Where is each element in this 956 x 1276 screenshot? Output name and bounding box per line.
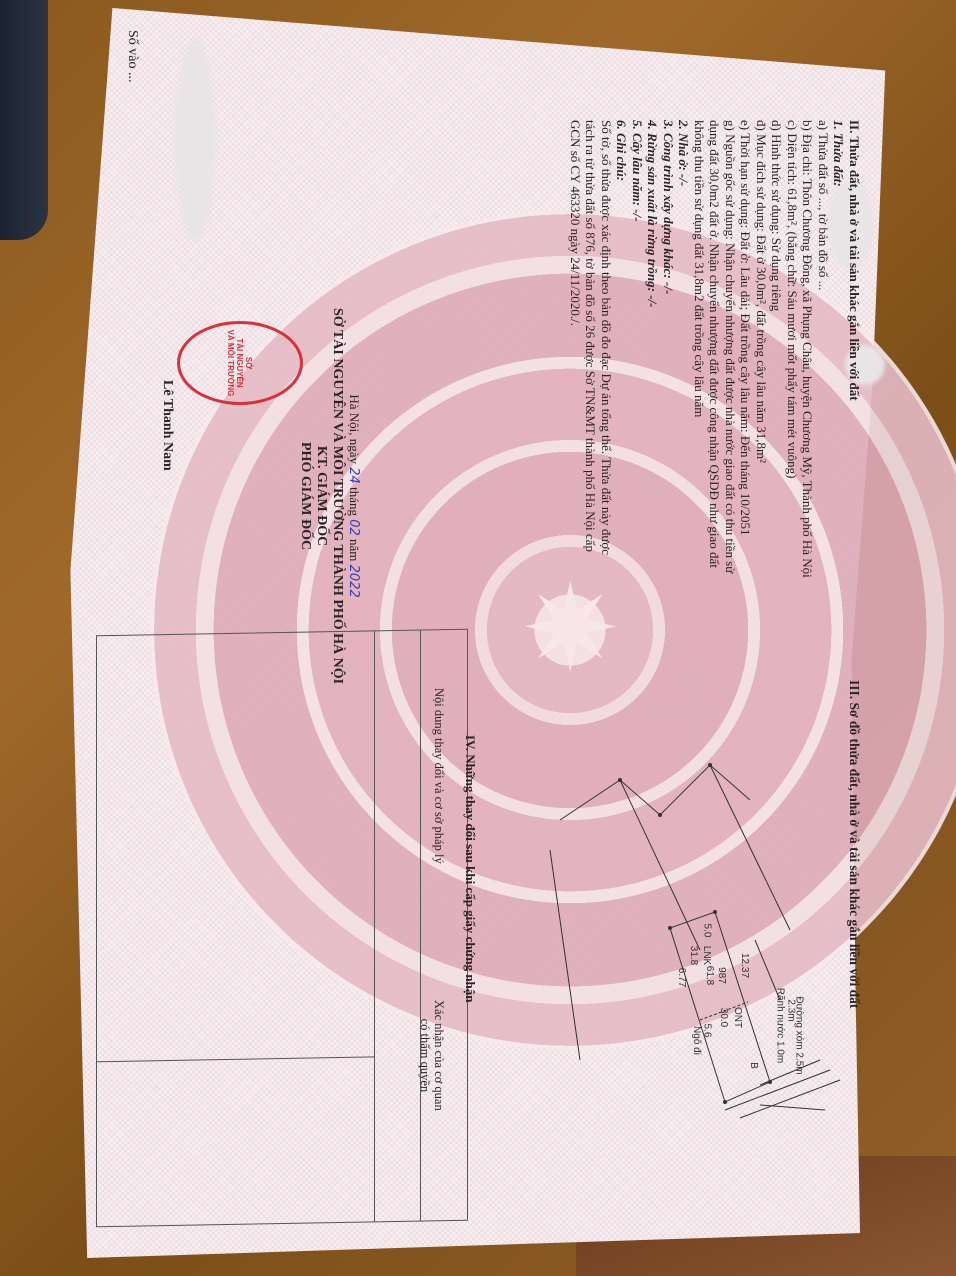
handwritten-month: 02 (346, 519, 361, 536)
parcel-address: b) Địa chỉ: Thôn Chương Đồng, xã Phụng C… (800, 120, 816, 578)
other-construction-item: 3. Công trình xây dựng khác: -/- (661, 120, 677, 578)
handwritten-day: 24 (346, 467, 361, 484)
road-width-label: 2.3m (786, 999, 797, 1021)
section-2-heading: II. Thửa đất, nhà ở và tài sản khác gắn … (847, 120, 863, 578)
parcel-area-label: 61.8 (704, 966, 715, 985)
changes-column-header: Nội dung thay đổi và cơ sở pháp lý (431, 688, 446, 864)
parcel-subheading: 1. Thửa đất: (831, 120, 847, 578)
usage-purpose: đ) Mục đích sử dụng: Đất ở 30,0m², đất t… (754, 120, 770, 578)
official-red-stamp-icon: SỞ TÀI NGUYÊN VÀ MÔI TRƯỜNG (177, 321, 303, 405)
place-date: Hà Nội, ngày 24 tháng 02 năm 2022 (345, 308, 362, 684)
parcel-area: c) Diện tích: 61,8m², (bằng chữ: Sáu mươ… (785, 120, 801, 578)
signature-block: Hà Nội, ngày 24 tháng 02 năm 2022 SỞ TÀI… (297, 308, 362, 684)
note-line-2: tách ra từ thửa đất số 876, tờ bản đồ số… (583, 120, 599, 578)
edge-length-left: 5.0 (701, 924, 712, 938)
usage-origin-3: không thu tiền sử dụng đất 31,8m2 đất tr… (692, 120, 708, 578)
north-arrow-icon: B (748, 1062, 759, 1069)
notes-heading: 6. Ghi chú: (614, 120, 630, 578)
planted-forest-item: 4. Rừng sản xuất là rừng trồng: -/- (645, 120, 661, 578)
table-header-row (374, 631, 421, 1222)
section-4-changes-table (96, 629, 468, 1227)
edge-length-bottom: 6.77 (676, 968, 687, 987)
table-column-divider (97, 1056, 375, 1062)
section-4-heading: IV. Những thay đổi sau khi cấp giấy chứn… (462, 735, 478, 1003)
note-line-3: GCN số CY 463320 ngày 24/11/2020./. (568, 120, 584, 578)
lnk-label: LNK (701, 946, 712, 965)
edge-length-top: 12.37 (739, 953, 750, 978)
drum-star-emblem: ✷ (520, 580, 620, 680)
usage-origin-2: dụng đất 30,0m2 đất ở. Nhận chuyển nhượn… (707, 120, 723, 578)
canal-label: Rãnh nước 1.0m (774, 988, 785, 1064)
authority-confirmation-header: Xác nhận của cơ quan có thẩm quyền (418, 1000, 446, 1111)
house-item: 2. Nhà ở: -/- (676, 120, 692, 578)
usage-form: d) Hình thức sử dụng: Sử dụng riêng (769, 120, 785, 578)
ont-label: ONT (732, 1007, 743, 1028)
usage-origin-1: g) Nguồn gốc sử dụng: Nhận chuyển nhượng… (723, 120, 739, 578)
section-2-parcel-info: II. Thửa đất, nhà ở và tài sản khác gắn … (568, 120, 863, 578)
redaction-blur (175, 40, 215, 240)
issuing-agency: SỞ TÀI NGUYÊN VÀ MÔI TRƯỜNG THÀNH PHỐ HÀ… (329, 308, 345, 684)
edge-length-mid: 5.6 (701, 1024, 712, 1038)
ont-area-label: 30.0 (718, 1008, 729, 1027)
parcel-number: a) Thửa đất số ..., tờ bản đồ số ... (816, 120, 832, 578)
usage-term: e) Thời hạn sử dụng: Đất ở: Lâu dài; Đất… (738, 120, 754, 578)
note-line-1: Số tờ, số thửa được xác định theo bản đồ… (599, 120, 615, 578)
handwritten-year: 2022 (346, 565, 361, 598)
entry-number-label: Số vào ... (124, 30, 140, 83)
signer-name: Lê Thanh Nam (159, 380, 175, 471)
alley-label: Ngõ đi (691, 1026, 702, 1055)
lnk-area-label: 31.8 (688, 946, 699, 965)
kt-director: KT. GIÁM ĐỐC (313, 308, 329, 684)
perennial-tree-item: 5. Cây lâu năm: -/- (630, 120, 646, 578)
background-bag (0, 0, 48, 240)
parcel-number-label: 987 (716, 967, 727, 984)
